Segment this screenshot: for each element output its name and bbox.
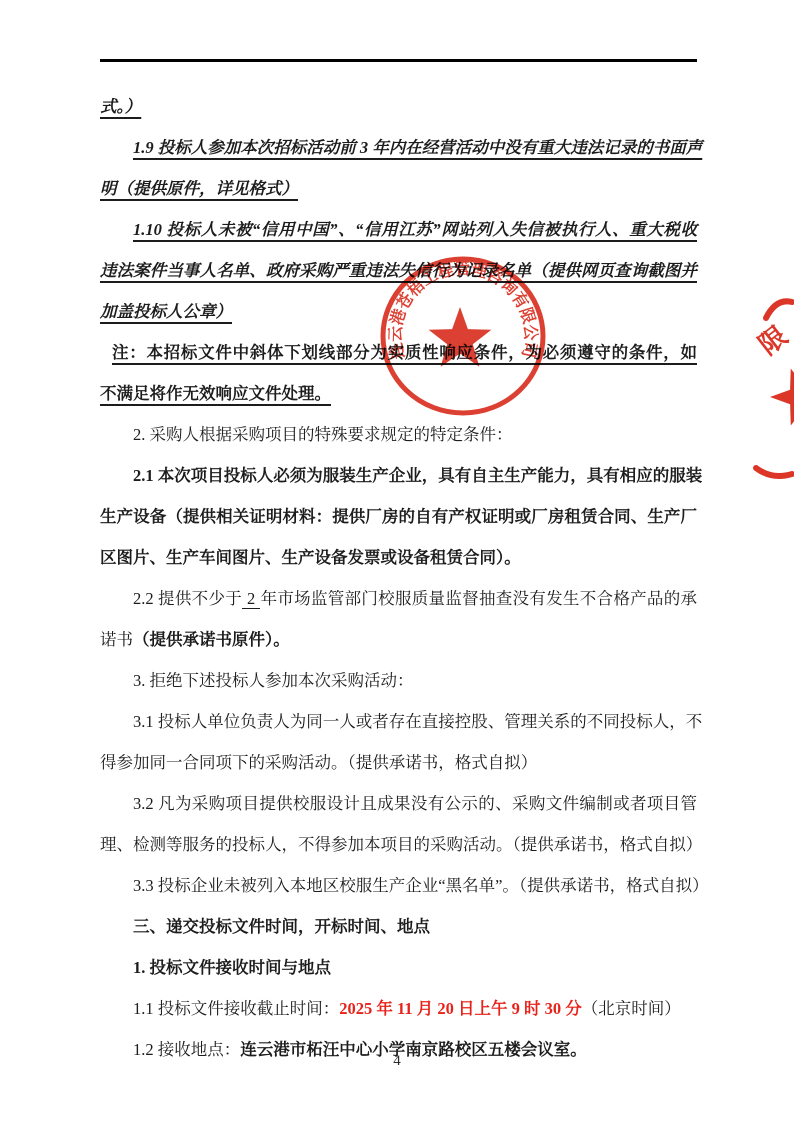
- doc-line-clause-2-2: 2.2 提供不少于2年市场监管部门校服质量监督抽查没有发生不合格产品的承: [100, 578, 697, 619]
- document-body: 式。） 1.9 投标人参加本次招标活动前 3 年内在经营活动中没有重大违法记录的…: [100, 86, 697, 1070]
- doc-line-clause-1-10: 1.10 投标人未被“信用中国”、“信用江苏”网站列入失信被执行人、重大税收: [100, 209, 697, 250]
- deadline-timezone: （北京时间）: [582, 999, 681, 1018]
- doc-line-receive-heading: 1. 投标文件接收时间与地点: [100, 947, 697, 988]
- doc-line-clause-3-2-end: 理、检测等服务的投标人，不得参加本项目的采购活动。（提供承诺书，格式自拟）: [100, 824, 697, 865]
- page-number: 4: [0, 1053, 794, 1070]
- deadline-label: 1.1 投标文件接收截止时间：: [133, 999, 339, 1018]
- header-rule: [100, 59, 697, 62]
- underlined-number: 2: [242, 589, 260, 609]
- clause-2-2-tail: 诺书: [100, 630, 133, 649]
- doc-line-clause-1-9-cont: 明（提供原件，详见格式）: [100, 168, 697, 209]
- doc-line-clause-3-1: 3.1 投标人单位负责人为同一人或者存在直接控股、管理关系的不同投标人，不: [100, 701, 697, 742]
- clause-2-2-bold-note: （提供承诺书原件）。: [133, 630, 290, 649]
- deadline-date: 2025 年 11 月 20 日上午 9 时 30 分: [339, 999, 581, 1018]
- document-page: { "colors": { "stamp_red": "#d92b1b", "d…: [0, 0, 794, 1123]
- doc-line-clause-2-1-end: 区图片、生产车间图片、生产设备发票或设备租赁合同）。: [100, 537, 697, 578]
- doc-line-clause-2-2-end: 诺书（提供承诺书原件）。: [100, 619, 697, 660]
- doc-line-clause-2: 2. 采购人根据采购项目的特殊要求规定的特定条件：: [100, 414, 697, 455]
- doc-line-clause-3-2: 3.2 凡为采购项目提供校服设计且成果没有公示的、采购文件编制或者项目管: [100, 783, 697, 824]
- doc-line-format-continuation: 式。）: [100, 86, 697, 127]
- edge-stamp-fragment: 限: [752, 292, 794, 492]
- edge-stamp-arc-bottom: [756, 468, 792, 476]
- doc-line-deadline: 1.1 投标文件接收截止时间：2025 年 11 月 20 日上午 9 时 30…: [100, 988, 697, 1029]
- doc-line-clause-3: 3. 拒绝下述投标人参加本次采购活动：: [100, 660, 697, 701]
- stamp-star-icon: [429, 307, 492, 367]
- edge-stamp-star-icon: [764, 360, 794, 429]
- doc-line-clause-1-9: 1.9 投标人参加本次招标活动前 3 年内在经营活动中没有重大违法记录的书面声: [100, 127, 697, 168]
- clause-2-2-text: 2.2 提供不少于: [133, 589, 242, 608]
- clause-2-2-text-cont: 年市场监管部门校服质量监督抽查没有发生不合格产品的承: [260, 589, 697, 608]
- doc-line-clause-3-1-end: 得参加同一合同项下的采购活动。（提供承诺书，格式自拟）: [100, 742, 697, 783]
- company-stamp: 连云港苍梧工程管理咨询有限公司: [376, 254, 550, 420]
- doc-line-clause-3-3: 3.3 投标企业未被列入本地区校服生产企业“黑名单”。（提供承诺书，格式自拟）: [100, 865, 697, 906]
- doc-line-clause-2-1-cont: 生产设备（提供相关证明材料：提供厂房的自有产权证明或厂房租赁合同、生产厂: [100, 496, 697, 537]
- doc-line-section-3-heading: 三、递交投标文件时间，开标时间、地点: [100, 906, 697, 947]
- doc-line-clause-2-1: 2.1 本次项目投标人必须为服装生产企业，具有自主生产能力，具有相应的服装: [100, 455, 697, 496]
- edge-stamp-char: 限: [753, 320, 793, 360]
- edge-stamp-arc-top: [766, 301, 792, 318]
